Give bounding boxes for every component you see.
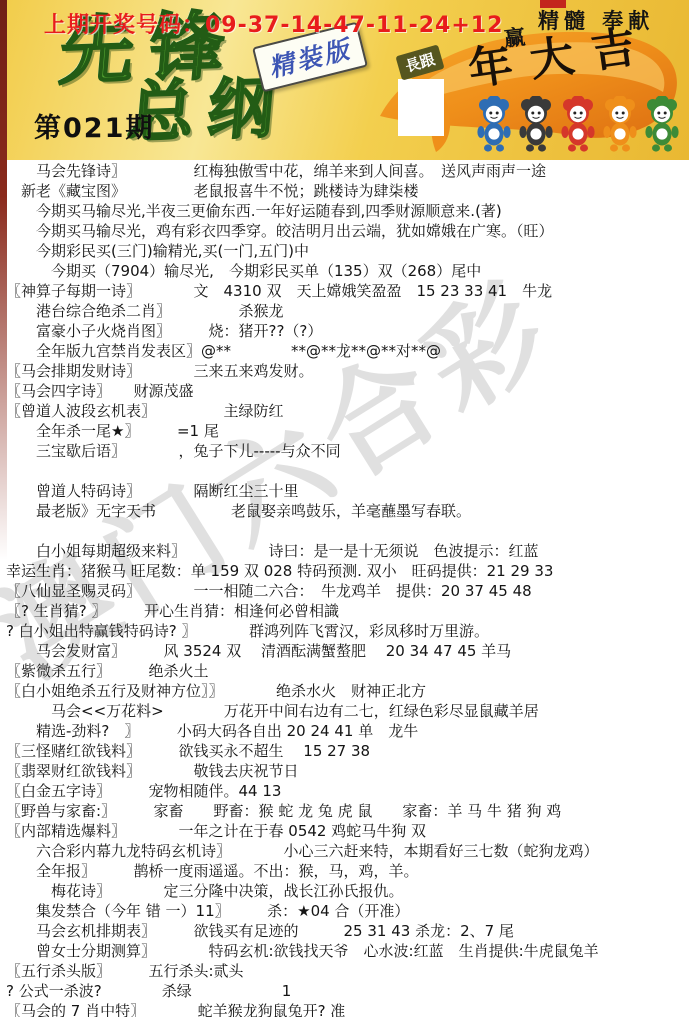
text-line: 〖紫微杀五行〗 绝杀火土 (0, 661, 689, 681)
text-line: 三宝歇后语〗 ，兔子下儿-----与众不同 (0, 441, 689, 461)
text-line (0, 461, 689, 481)
text-line: 全年报〗 鹊桥一度雨遥遥。不出：猴，马，鸡，羊。 (0, 861, 689, 881)
text-line: 新老《藏宝图》 老鼠报喜牛不悦；跳楼诗为肆柒楼 (0, 181, 689, 201)
text-line: 〖白金五字诗〗 宠物相随伴。44 13 (0, 781, 689, 801)
fuwa-nini-mascot-icon (644, 96, 680, 156)
text-line: 今期买马输尽光，鸡有彩衣四季穿。皎洁明月出云端，犹如嫦娥在广寒。（旺） (0, 221, 689, 241)
masthead: 上期开奖号码：09-37-14-47-11-24+12 赢 精髓 奉献 先锋 总… (0, 0, 689, 160)
fuwa-beibei-mascot-icon (476, 96, 512, 156)
text-line: 曾女士分期测算〗 特码玄机:欲钱找天爷 心水波:红蓝 生肖提供:牛虎鼠兔羊 (0, 941, 689, 961)
text-line: 〖马会四字诗〗 财源茂盛 (0, 381, 689, 401)
text-line: 〖野兽与家畜:〗 家畜 野畜：猴 蛇 龙 兔 虎 鼠 家畜：羊 马 牛 猪 狗 … (0, 801, 689, 821)
text-line: 〖内部精选爆料〗 一年之计在于春 0542 鸡蛇马牛狗 双 (0, 821, 689, 841)
left-edge-strip (0, 0, 7, 560)
text-line: 全年版九宫禁肖发表区〗@** **@**龙**@**对**@ (0, 341, 689, 361)
text-line: 〖翡翠财红欲钱料〗 敬钱去庆祝节日 (0, 761, 689, 781)
text-line: 港台综合绝杀二肖〗 杀猴龙 (0, 301, 689, 321)
text-line: 马会发财富〗 风 3524 双 清酒酝满蟹螯肥 20 34 47 45 羊马 (0, 641, 689, 661)
text-line: 〖五行杀头版〗 五行杀头:贰头 (0, 961, 689, 981)
tip-text-block: 马会先锋诗〗 红梅独傲雪中花，绵羊来到人间喜。 送风声雨声一途 新老《藏宝图》 … (0, 161, 689, 1017)
text-line: 马会先锋诗〗 红梅独傲雪中花，绵羊来到人间喜。 送风声雨声一途 (0, 161, 689, 181)
text-line: 〖神算子每期一诗〗 文 4310 双 天上嫦娥笑盈盈 15 23 33 41 牛… (0, 281, 689, 301)
previous-draw-numbers: 上期开奖号码：09-37-14-47-11-24+12 (44, 8, 503, 39)
text-line: 精选-劲料? 〗 小码大码各自出 20 24 41 单 龙牛 (0, 721, 689, 741)
text-line: 梅花诗〗 定三分隆中决策，战长江孙氏报仇。 (0, 881, 689, 901)
fuwa-mascot-row (476, 96, 680, 156)
fuwa-jingjing-mascot-icon (518, 96, 554, 156)
text-line: 白小姐每期超级来料〗 诗曰：是一是十无须说 色波提示：红蓝 (0, 541, 689, 561)
text-line: 幸运生肖：猪猴马 旺尾数：单 159 双 028 特码预测. 双小 旺码提供：2… (0, 561, 689, 581)
text-line: 马会<<万花料> 万花开中间右边有二七，红绿色彩尽显鼠藏羊居 (0, 701, 689, 721)
text-line: 〖马会的 7 肖中特〗 蛇羊猴龙狗鼠兔开? 准 (0, 1001, 689, 1017)
text-line: 六合彩内幕九龙特码玄机诗〗 小心三六赶来特，本期看好三七数（蛇狗龙鸡） (0, 841, 689, 861)
text-line: 〖三怪赌红欲钱料〗 欲钱买永不超生 15 27 38 (0, 741, 689, 761)
slogan-text: 精髓 奉献 (538, 5, 654, 35)
text-line: 曾道人特码诗〗 隔断红尘三十里 (0, 481, 689, 501)
text-line: 〖八仙显圣赐灵码〗 一一相随二六合： 牛龙鸡羊 提供：20 37 45 48 (0, 581, 689, 601)
text-line: 今期彩民买(三门)输精光,买(一门,五门)中 (0, 241, 689, 261)
text-line: 最老版》无字天书 老鼠娶亲鸣鼓乐，羊毫蘸墨写春联。 (0, 501, 689, 521)
text-line: 今期买马输尽光,半夜三更偷东西.一年好运随春到,四季财源顺意来.(著) (0, 201, 689, 221)
text-line: 〖? 生肖猜? 〗 开心生肖猜：相逢何必曾相識 (0, 601, 689, 621)
blank-paste-box (398, 79, 444, 136)
text-line: 〖马会排期发财诗〗 三来五来鸡发财。 (0, 361, 689, 381)
fuwa-huanhuan-mascot-icon (560, 96, 596, 156)
text-line: 马会玄机排期表〗 欲钱买有足迹的 25 31 43 杀龙：2、7 尾 (0, 921, 689, 941)
text-line: 〖白小姐绝杀五行及财神方位〗〗 绝杀水火 财神正北方 (0, 681, 689, 701)
tip-sheet-page: 上期开奖号码：09-37-14-47-11-24+12 赢 精髓 奉献 先锋 总… (0, 0, 689, 1017)
text-line: 今期买（7904）输尽光, 今期彩民买单（135）双（268）尾中 (0, 261, 689, 281)
issue-number: 第021期 (34, 106, 154, 145)
fuwa-yingying-mascot-icon (602, 96, 638, 156)
slogan-win-character: 赢 (502, 21, 526, 53)
text-line: ? 公式一杀波? 杀绿 1 (0, 981, 689, 1001)
text-line: 富豪小子火烧肖图〗 烧：猪开??（?） (0, 321, 689, 341)
text-line (0, 521, 689, 541)
text-line: 〖曾道人波段玄机表〗 主绿防红 (0, 401, 689, 421)
text-line: 全年杀一尾★〗 =1 尾 (0, 421, 689, 441)
text-line: 集发禁合（今年 错 一）11〗 杀：★04 合（开准） (0, 901, 689, 921)
text-line: ? 白小姐出特赢钱特码诗? 〗 群鸿列阵飞霄汉，彩凤移时万里游。 (0, 621, 689, 641)
